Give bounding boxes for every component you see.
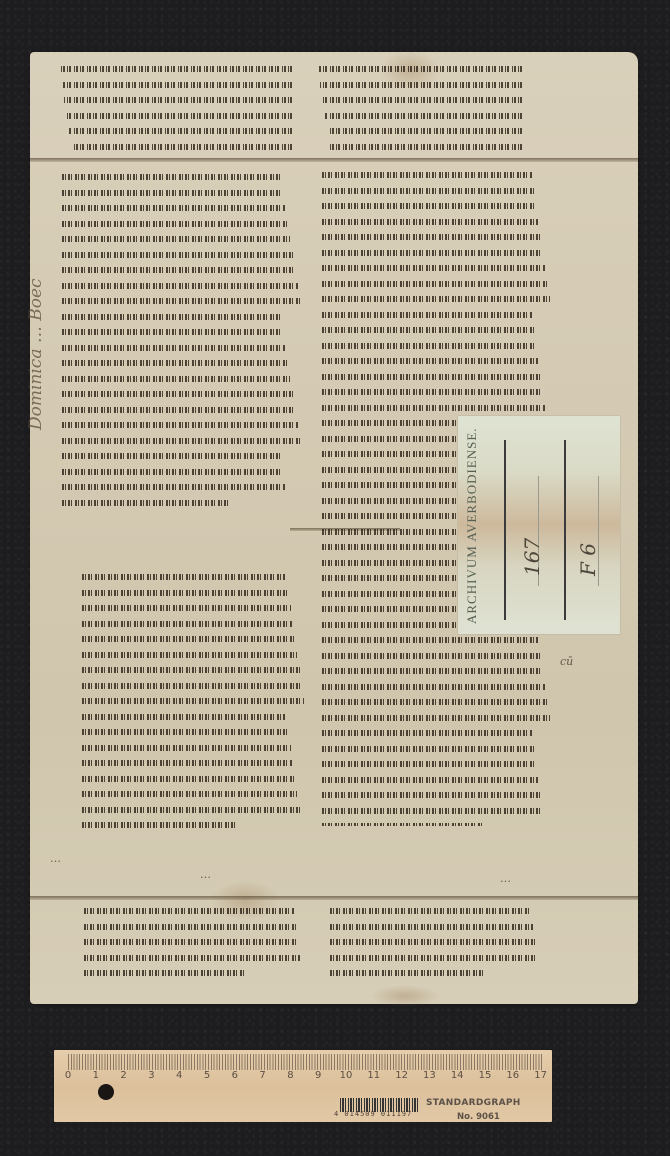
ruler-ticks bbox=[68, 1054, 544, 1070]
manuscript-line bbox=[84, 964, 244, 980]
manuscript-line bbox=[82, 785, 297, 801]
label-rule-left bbox=[504, 440, 506, 620]
manuscript-line bbox=[62, 168, 281, 184]
manuscript-line bbox=[82, 723, 288, 739]
ruler-scale-label: 0 bbox=[65, 1070, 71, 1081]
ruler-scale-label: 15 bbox=[479, 1070, 492, 1081]
manuscript-line bbox=[322, 662, 543, 678]
manuscript-line bbox=[62, 215, 288, 231]
manuscript-line bbox=[322, 275, 548, 291]
manuscript-line bbox=[323, 94, 523, 110]
manuscript-line bbox=[322, 383, 543, 399]
manuscript-line bbox=[82, 630, 295, 646]
measuring-ruler: 01234567891011121314151617 4 014509 0111… bbox=[54, 1050, 552, 1122]
manuscript-line bbox=[322, 337, 536, 353]
manuscript-line bbox=[84, 902, 294, 918]
barcode-number: 4 014509 011197 bbox=[334, 1110, 412, 1118]
ruler-model: No. 9061 bbox=[457, 1112, 500, 1122]
scribble-lower-left: … bbox=[50, 852, 61, 865]
manuscript-line bbox=[59, 63, 292, 79]
ruler-scale-label: 8 bbox=[287, 1070, 293, 1081]
manuscript-line bbox=[82, 568, 286, 584]
manuscript-line bbox=[71, 141, 292, 157]
manuscript-line bbox=[62, 432, 300, 448]
manuscript-line bbox=[322, 321, 534, 337]
manuscript-line bbox=[84, 918, 296, 934]
manuscript-line bbox=[57, 60, 292, 63]
fold-line-top bbox=[30, 158, 638, 162]
ruler-scale-label: 5 bbox=[204, 1070, 210, 1081]
manuscript-line bbox=[322, 647, 541, 663]
manuscript-line bbox=[62, 385, 293, 401]
text-column-top-right-inverted bbox=[312, 60, 522, 156]
water-stain bbox=[370, 985, 440, 1007]
manuscript-line bbox=[62, 447, 281, 463]
manuscript-line bbox=[330, 918, 533, 934]
text-column-top-left-inverted bbox=[52, 60, 292, 156]
manuscript-line bbox=[82, 801, 300, 817]
manuscript-line bbox=[322, 352, 539, 368]
ruler-scale-label: 13 bbox=[423, 1070, 436, 1081]
manuscript-line bbox=[320, 79, 522, 95]
manuscript-line bbox=[322, 213, 539, 229]
ruler-brand: STANDARDGRAPH bbox=[426, 1098, 521, 1108]
ruler-scale-label: 17 bbox=[534, 1070, 547, 1081]
archive-label-title: ARCHIVUM AVERBODIENSE. bbox=[464, 427, 480, 624]
manuscript-line bbox=[322, 290, 550, 306]
ruler-scale-label: 4 bbox=[176, 1070, 182, 1081]
manuscript-line bbox=[322, 166, 532, 182]
manuscript-line bbox=[82, 708, 286, 724]
manuscript-line bbox=[82, 584, 288, 600]
manuscript-line bbox=[82, 599, 291, 615]
ruler-scale-label: 10 bbox=[340, 1070, 353, 1081]
manuscript-line bbox=[64, 94, 292, 110]
manuscript-line bbox=[325, 110, 522, 126]
ruler-scale-label: 11 bbox=[367, 1070, 380, 1081]
text-column-left-upper bbox=[62, 168, 300, 513]
ruler-hole bbox=[98, 1084, 114, 1100]
manuscript-line bbox=[322, 259, 545, 275]
manuscript-line bbox=[322, 182, 534, 198]
archive-number: 167 bbox=[520, 538, 544, 576]
archive-folio: F 6 bbox=[576, 543, 600, 576]
ruler-scale-label: 9 bbox=[315, 1070, 321, 1081]
manuscript-line bbox=[82, 692, 304, 708]
manuscript-line bbox=[329, 141, 522, 157]
manuscript-line bbox=[318, 63, 522, 79]
manuscript-line bbox=[82, 816, 237, 832]
manuscript-line bbox=[69, 125, 292, 141]
scribble-lower-right: … bbox=[500, 872, 511, 885]
fold-line-bottom bbox=[30, 896, 638, 900]
manuscript-line bbox=[62, 308, 281, 324]
manuscript-line bbox=[82, 661, 300, 677]
margin-note-vertical: Dominica … Boec bbox=[26, 278, 46, 430]
manuscript-line bbox=[322, 755, 536, 771]
manuscript-line bbox=[322, 399, 545, 415]
manuscript-line bbox=[62, 494, 229, 510]
manuscript-line bbox=[62, 339, 286, 355]
manuscript-line bbox=[62, 416, 298, 432]
manuscript-line bbox=[62, 184, 283, 200]
ruler-scale-label: 6 bbox=[232, 1070, 238, 1081]
ruler-scale-label: 3 bbox=[148, 1070, 154, 1081]
manuscript-line bbox=[62, 478, 286, 494]
ruler-scale-label: 14 bbox=[451, 1070, 464, 1081]
archive-label: ARCHIVUM AVERBODIENSE. 167 F 6 bbox=[458, 416, 620, 634]
manuscript-line bbox=[316, 60, 522, 63]
manuscript-line bbox=[82, 770, 295, 786]
manuscript-line bbox=[82, 754, 293, 770]
manuscript-line bbox=[82, 677, 302, 693]
label-rule-right bbox=[564, 440, 566, 620]
manuscript-line bbox=[82, 739, 291, 755]
manuscript-line bbox=[62, 246, 293, 262]
manuscript-line bbox=[322, 693, 548, 709]
ruler-scale-label: 2 bbox=[120, 1070, 126, 1081]
ruler-scale-label: 16 bbox=[506, 1070, 519, 1081]
manuscript-line bbox=[322, 228, 541, 244]
manuscript-line bbox=[322, 786, 541, 802]
manuscript-line bbox=[82, 646, 297, 662]
manuscript-line bbox=[62, 323, 283, 339]
manuscript-line bbox=[322, 724, 532, 740]
scribble-right-margin: cū bbox=[560, 655, 573, 668]
manuscript-line bbox=[322, 368, 541, 384]
manuscript-line bbox=[84, 933, 298, 949]
manuscript-line bbox=[322, 709, 550, 725]
manuscript-line bbox=[327, 125, 522, 141]
ruler-scale-label: 12 bbox=[395, 1070, 408, 1081]
manuscript-line bbox=[330, 902, 531, 918]
manuscript-line bbox=[322, 802, 543, 818]
ruler-scale-label: 1 bbox=[93, 1070, 99, 1081]
text-column-bottom-right bbox=[330, 902, 548, 982]
scribble-lower-middle: … bbox=[200, 868, 211, 881]
manuscript-line bbox=[322, 197, 536, 213]
manuscript-line bbox=[62, 401, 295, 417]
manuscript-line bbox=[322, 678, 545, 694]
manuscript-line bbox=[84, 949, 301, 965]
ruler-scale-label: 7 bbox=[259, 1070, 265, 1081]
text-column-left-lower bbox=[82, 568, 304, 833]
manuscript-line bbox=[322, 740, 534, 756]
manuscript-line bbox=[62, 230, 290, 246]
manuscript-line bbox=[330, 964, 483, 980]
manuscript-line bbox=[330, 933, 535, 949]
manuscript-line bbox=[66, 110, 292, 126]
manuscript-line bbox=[62, 292, 300, 308]
manuscript-line bbox=[82, 615, 293, 631]
manuscript-line bbox=[62, 199, 286, 215]
manuscript-line bbox=[62, 277, 298, 293]
manuscript-line bbox=[330, 949, 537, 965]
manuscript-line bbox=[62, 370, 290, 386]
manuscript-line bbox=[322, 817, 482, 826]
manuscript-line bbox=[322, 771, 539, 787]
manuscript-line bbox=[62, 79, 292, 95]
manuscript-line bbox=[322, 244, 543, 260]
text-column-bottom-left bbox=[84, 902, 312, 982]
manuscript-line bbox=[62, 354, 288, 370]
manuscript-line bbox=[62, 261, 295, 277]
manuscript-line bbox=[322, 306, 532, 322]
manuscript-line bbox=[62, 463, 283, 479]
